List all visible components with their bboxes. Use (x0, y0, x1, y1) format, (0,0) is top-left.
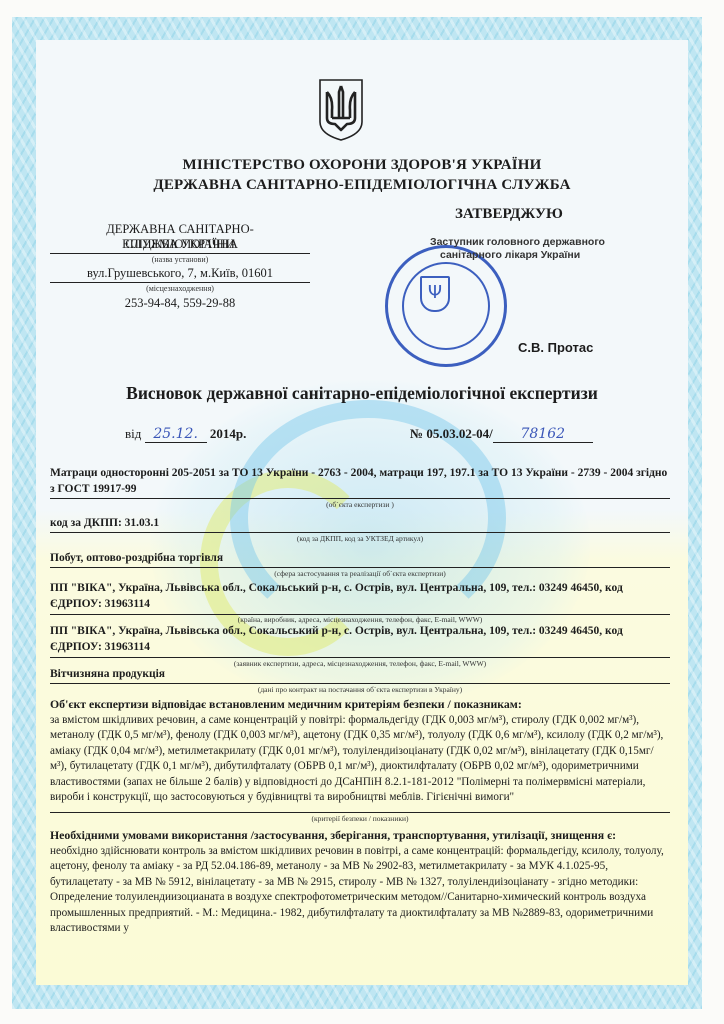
criteria-text: за вмістом шкідливих речовин, а саме кон… (50, 713, 670, 806)
institution-address: вул.Грушевського, 7, м.Київ, 01601 (50, 266, 310, 281)
divider (50, 253, 310, 254)
service-heading: ДЕРЖАВНА САНІТАРНО-ЕПІДЕМІОЛОГІЧНА СЛУЖБ… (0, 177, 724, 194)
divider (50, 498, 670, 499)
criteria-heading: Об'єкт експертизи відповідає встановлени… (50, 697, 670, 713)
divider (50, 567, 670, 568)
number-prefix: № 05.03.02-04/ (410, 426, 493, 441)
field-value: Вітчизняна продукція (50, 668, 165, 680)
field-caption: (код за ДКПП, код за УКТЗЕД артикул) (50, 534, 670, 543)
field-product-code: код за ДКПП: 31.03.1 (50, 515, 670, 531)
date-handwritten: 25.12. (145, 426, 207, 443)
usage-conditions: Необхідними умовами використання /застос… (50, 828, 670, 937)
institution-name-caption: (назва установи) (50, 255, 310, 264)
institution-name-line2: СЛУЖБА УКРАЇНИ (50, 237, 310, 252)
field-applicant: ПП "ВІКА", Україна, Львівська обл., Сока… (50, 623, 670, 655)
document-date: від 25.12. 2014р. (125, 426, 246, 443)
number-handwritten: 78162 (493, 426, 593, 443)
field-manufacturer: ПП "ВІКА", Україна, Львівська обл., Сока… (50, 580, 670, 612)
divider (50, 282, 310, 283)
institution-address-caption: (місцезнаходження) (50, 284, 310, 293)
ministry-heading: МІНІСТЕРСТВО ОХОРОНИ ЗДОРОВ'Я УКРАЇНИ (0, 157, 724, 174)
divider (50, 683, 670, 684)
ukraine-trident-coat-of-arms-icon (318, 78, 364, 142)
field-expertise-object: Матраци односторонні 205-2051 за ТО 13 У… (50, 465, 670, 497)
date-year: 2014р. (210, 426, 246, 441)
position-line1: Заступник головного державного (430, 236, 605, 249)
official-round-seal-icon: Ψ (385, 245, 507, 367)
date-prefix: від (125, 426, 141, 441)
conditions-heading: Необхідними умовами використання /застос… (50, 828, 670, 844)
field-value: Побут, оптово-роздрібна торгівля (50, 552, 223, 564)
field-value: код за ДКПП: 31.03.1 (50, 517, 159, 529)
field-value: ПП "ВІКА", Україна, Львівська обл., Сока… (50, 625, 623, 653)
position-line2: санітарного лікаря України (430, 249, 605, 262)
field-value: ПП "ВІКА", Україна, Львівська обл., Сока… (50, 582, 623, 610)
safety-criteria: Об'єкт експертизи відповідає встановлени… (50, 697, 670, 806)
criteria-caption: (критерії безпеки / показники) (50, 814, 670, 823)
approval-label: ЗАТВЕРДЖУЮ (455, 206, 563, 223)
document-number: № 05.03.02-04/78162 (410, 426, 593, 443)
field-caption: (сфера застосування та реалізації об`єкт… (50, 569, 670, 578)
institution-phones: 253-94-84, 559-29-88 (50, 296, 310, 311)
approver-position: Заступник головного державного санітарно… (430, 236, 605, 262)
field-value: Матраци односторонні 205-2051 за ТО 13 У… (50, 467, 667, 495)
divider (50, 532, 670, 533)
field-contract-data: Вітчизняна продукція (50, 666, 670, 682)
document-title: Висновок державної санітарно-епідеміолог… (0, 383, 724, 404)
divider (50, 657, 670, 658)
signer-name: С.В. Протас (518, 340, 593, 355)
field-application-scope: Побут, оптово-роздрібна торгівля (50, 550, 670, 566)
field-caption: (дані про контракт на постачання об`єкта… (50, 685, 670, 694)
divider (50, 812, 670, 813)
conditions-text: необхідно здійснювати контроль за вмісто… (50, 844, 670, 937)
field-caption: (об`єкта експертизи ) (50, 500, 670, 509)
